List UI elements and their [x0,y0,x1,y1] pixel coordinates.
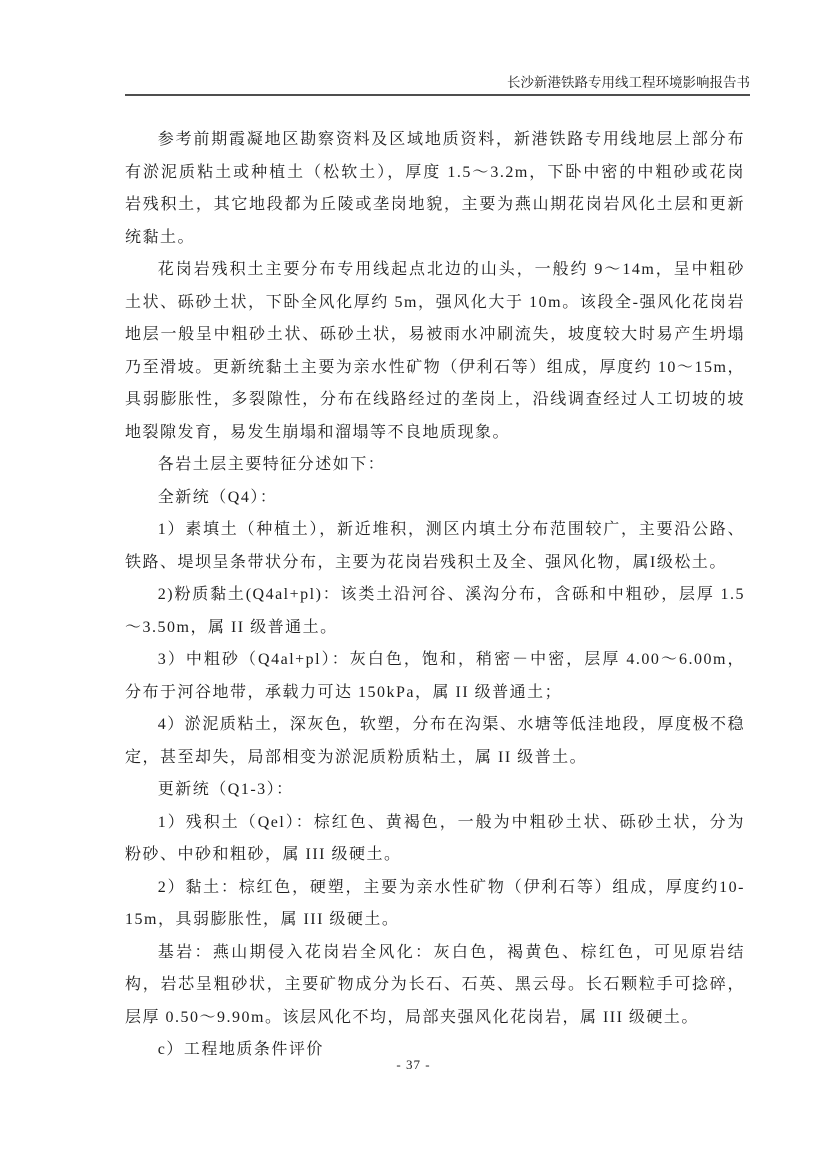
paragraph-strata-lead-in: 各岩土层主要特征分述如下： [125,449,745,482]
paragraph-muddy-clay: 4）淤泥质粘土，深灰色，软塑，分布在沟渠、水塘等低洼地段，厚度极不稳定，甚至却失… [125,709,745,774]
paragraph-granite-residual: 花岗岩残积土主要分布专用线起点北边的山头，一般约 9～14m，呈中粗砂土状、砾砂… [125,254,745,449]
page-number: - 37 - [396,1057,430,1072]
document-body: 参考前期霞凝地区勘察资料及区域地质资料，新港铁路专用线地层上部分布有淤泥质粘土或… [125,124,745,1067]
paragraph-medium-coarse-sand: 3）中粗砂（Q4al+pl）：灰白色，饱和，稍密－中密，层厚 4.00～6.00… [125,644,745,709]
paragraph-intro-geology: 参考前期霞凝地区勘察资料及区域地质资料，新港铁路专用线地层上部分布有淤泥质粘土或… [125,124,745,254]
document-page: 长沙新港铁路专用线工程环境影响报告书 参考前期霞凝地区勘察资料及区域地质资料，新… [0,0,827,1169]
page-header-title: 长沙新港铁路专用线工程环境影响报告书 [507,75,750,90]
page-footer: - 37 - [0,1057,827,1073]
paragraph-holocene-heading: 全新统（Q4）： [125,482,745,515]
paragraph-clay: 2）黏土：棕红色，硬塑，主要为亲水性矿物（伊利石等）组成，厚度约10-15m，具… [125,872,745,937]
paragraph-silty-clay: 2)粉质黏土(Q4al+pl)：该类土沿河谷、溪沟分布，含砾和中粗砂，层厚 1.… [125,579,745,644]
paragraph-plain-fill: 1）素填土（种植土），新近堆积，测区内填土分布范围较广，主要沿公路、铁路、堤坝呈… [125,514,745,579]
header-rule [125,94,750,96]
paragraph-bedrock: 基岩：燕山期侵入花岗岩全风化：灰白色，褐黄色、棕红色，可见原岩结构，岩芯呈粗砂状… [125,937,745,1035]
page-header: 长沙新港铁路专用线工程环境影响报告书 [125,75,750,91]
paragraph-residual-soil: 1）残积土（Qel）：棕红色、黄褐色，一般为中粗砂土状、砾砂土状，分为粉砂、中砂… [125,807,745,872]
paragraph-pleistocene-heading: 更新统（Q1-3）： [125,774,745,807]
